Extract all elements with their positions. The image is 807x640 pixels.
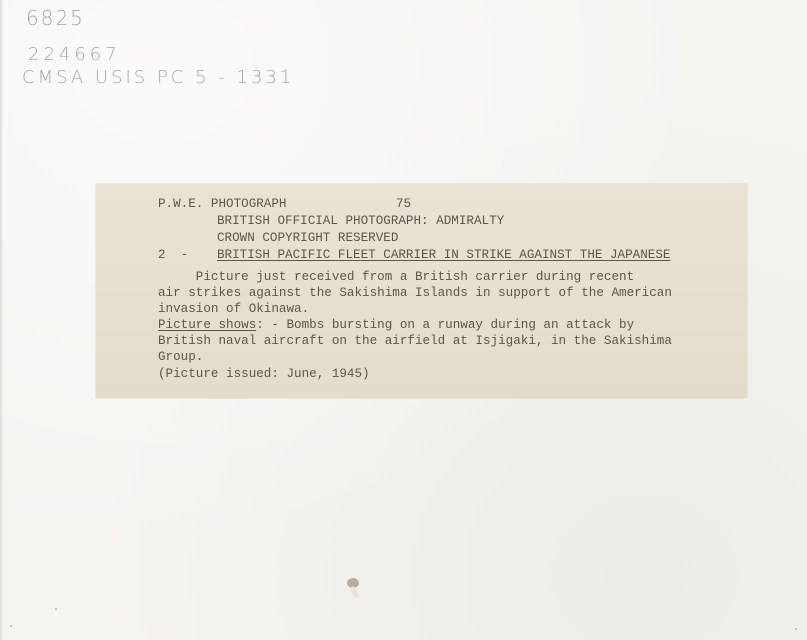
handwritten-archive-code: CMSA USIS PC 5 - 1331 [22,67,294,88]
caption-item-number: 2 - [158,247,188,263]
caption-header: P.W.E. PHOTOGRAPH [158,196,286,212]
caption-official-line: BRITISH OFFICIAL PHOTOGRAPH: ADMIRALTY [217,213,504,229]
paper-speck [10,625,12,627]
caption-shows-line-1: Picture shows: - Bombs bursting on a run… [158,317,634,333]
caption-body-line-2: air strikes against the Sakishima Island… [158,285,672,301]
photo-reverse-side: 6825 224667 CMSA USIS PC 5 - 1331 P.W.E.… [0,0,807,640]
caption-shows-line-3: Group. [158,349,203,365]
caption-shows-line-2: British naval aircraft on the airfield a… [158,333,672,349]
picture-shows-text: : - Bombs bursting on a runway during an… [256,318,634,332]
paper-edge [0,0,3,640]
caption-body-line-3: invasion of Okinawa. [158,301,309,317]
handwritten-reference-number: 6825 [26,6,85,30]
caption-body-line-1: Picture just received from a British car… [158,269,634,285]
picture-shows-label: Picture shows [158,318,256,332]
handwritten-catalog-number: 224667 [28,44,121,65]
caption-number: 75 [396,196,411,212]
adhesive-stain-trail [350,586,360,599]
paper-speck [55,608,57,610]
paper-speck [795,628,797,630]
caption-copyright-line: CROWN COPYRIGHT RESERVED [217,230,398,246]
typed-caption-slip: P.W.E. PHOTOGRAPH 75 BRITISH OFFICIAL PH… [96,184,747,398]
caption-headline: BRITISH PACIFIC FLEET CARRIER IN STRIKE … [217,247,670,263]
caption-issued-line: (Picture issued: June, 1945) [158,366,370,382]
